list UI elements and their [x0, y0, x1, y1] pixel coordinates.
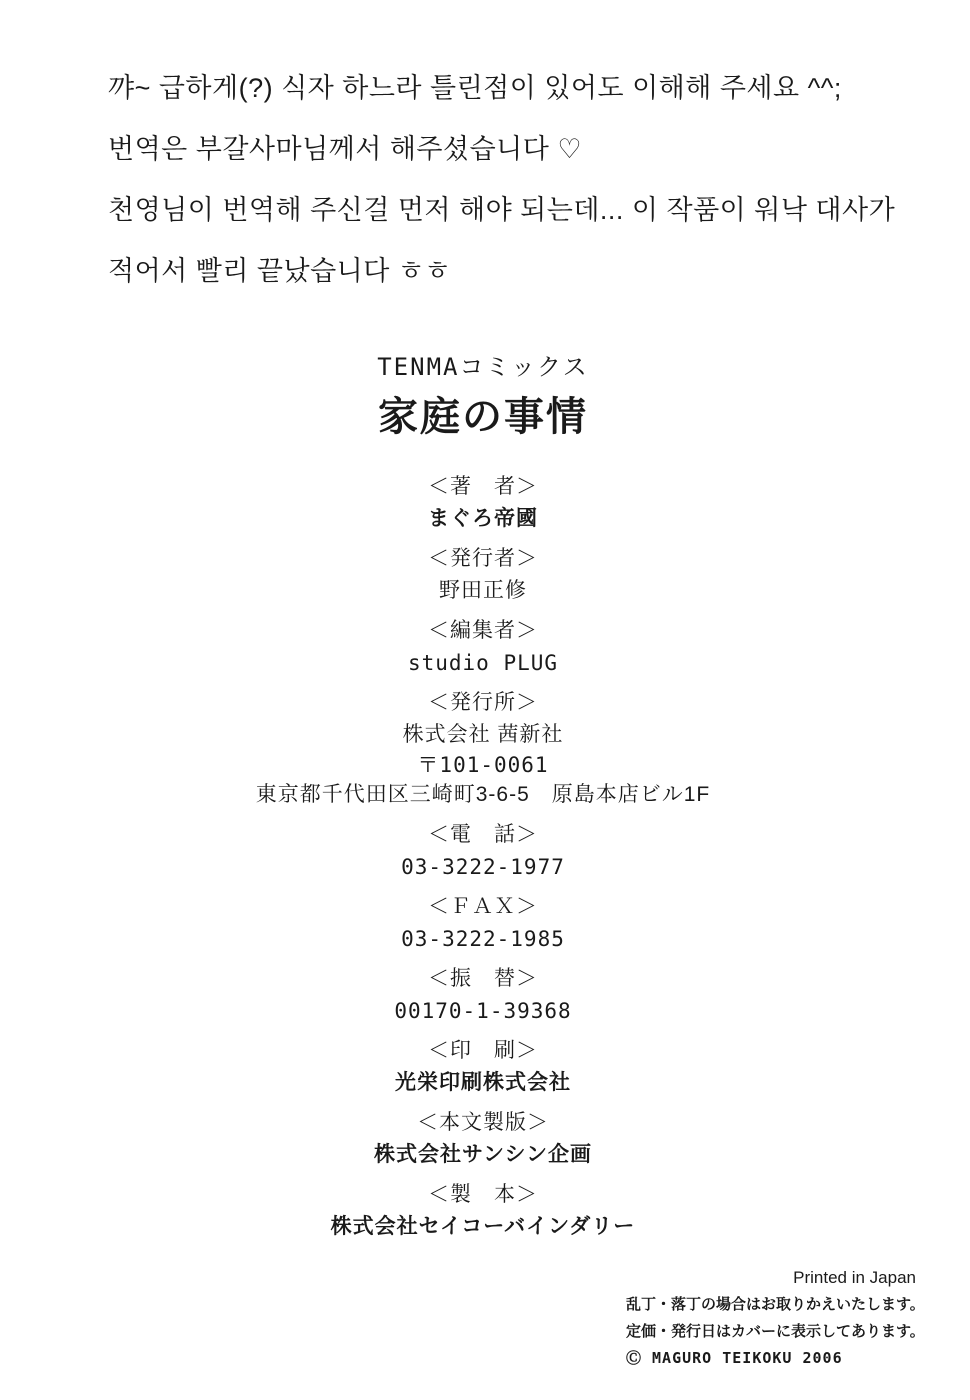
colophon-entry-publishing-office: ＜発行所＞ 株式会社 茜新社 〒101-0061 東京都千代田区三崎町3-6-5… [0, 686, 966, 810]
entry-value: 野田正修 [0, 576, 966, 606]
series-name: TENMAコミックス [0, 352, 966, 382]
colophon-entry-author: ＜著 者＞ まぐろ帝國 [0, 470, 966, 534]
entry-value: 株式会社 茜新社 [0, 720, 966, 750]
entry-label: ＜電 話＞ [0, 818, 966, 852]
imprint-note: 乱丁・落丁の場合はお取りかえいたします。 [626, 1291, 926, 1318]
translator-note-line: 적어서 빨리 끝났습니다 ㅎㅎ [108, 241, 948, 302]
book-title: 家庭の事情 [0, 395, 966, 439]
entry-label: ＜振 替＞ [0, 962, 966, 996]
colophon-page: 꺄~ 급하게(?) 식자 하느라 틀린점이 있어도 이해해 주세요 ^^; 번역… [0, 0, 970, 1400]
colophon-entry-binding: ＜製 本＞ 株式会社セイコーバインダリー [0, 1178, 966, 1242]
entry-label: ＜発行者＞ [0, 542, 966, 576]
entry-label: ＜編集者＞ [0, 614, 966, 648]
translator-note-line: 꺄~ 급하게(?) 식자 하느라 틀린점이 있어도 이해해 주세요 ^^; [108, 58, 948, 119]
colophon-entry-telephone: ＜電 話＞ 03-3222-1977 [0, 818, 966, 882]
entry-label: ＜製 本＞ [0, 1178, 966, 1212]
colophon-entry-fax: ＜ＦＡＸ＞ 03-3222-1985 [0, 890, 966, 954]
entry-label: ＜発行所＞ [0, 686, 966, 720]
entry-label: ＜本文製版＞ [0, 1106, 966, 1140]
entry-value-postal-code: 〒101-0061 [0, 750, 966, 780]
translator-note-line: 천영님이 번역해 주신걸 먼저 해야 되는데... 이 작품이 워낙 대사가 [108, 180, 948, 241]
colophon-entry-printing: ＜印 刷＞ 光栄印刷株式会社 [0, 1034, 966, 1098]
translator-note: 꺄~ 급하게(?) 식자 하느라 틀린점이 있어도 이해해 주세요 ^^; 번역… [108, 58, 948, 302]
entry-label: ＜ＦＡＸ＞ [0, 890, 966, 924]
colophon-entry-typesetting: ＜本文製版＞ 株式会社サンシン企画 [0, 1106, 966, 1170]
entry-value-phone-number: 03-3222-1977 [0, 852, 966, 882]
imprint-block: Printed in Japan 乱丁・落丁の場合はお取りかえいたします。 定価… [626, 1264, 926, 1372]
colophon-block: TENMAコミックス 家庭の事情 ＜著 者＞ まぐろ帝國 ＜発行者＞ 野田正修 … [0, 352, 966, 1250]
entry-value-transfer-number: 00170-1-39368 [0, 996, 966, 1026]
colophon-entry-postal-transfer: ＜振 替＞ 00170-1-39368 [0, 962, 966, 1026]
colophon-entry-editor: ＜編集者＞ studio PLUG [0, 614, 966, 678]
printed-in-japan: Printed in Japan [626, 1264, 926, 1291]
entry-label: ＜印 刷＞ [0, 1034, 966, 1068]
imprint-note: 定価・発行日はカバーに表示してあります。 [626, 1318, 926, 1345]
entry-value: 株式会社セイコーバインダリー [0, 1212, 966, 1242]
entry-value: 株式会社サンシン企画 [0, 1140, 966, 1170]
translator-note-line: 번역은 부갈사마님께서 해주셨습니다 ♡ [108, 119, 948, 180]
entry-value-fax-number: 03-3222-1985 [0, 924, 966, 954]
entry-label: ＜著 者＞ [0, 470, 966, 504]
copyright-line: Ⓒ MAGURO TEIKOKU 2006 [626, 1345, 926, 1372]
entry-value-address: 東京都千代田区三崎町3-6-5 原島本店ビル1F [0, 780, 966, 810]
colophon-entry-publisher-person: ＜発行者＞ 野田正修 [0, 542, 966, 606]
entry-value: 光栄印刷株式会社 [0, 1068, 966, 1098]
entry-value: まぐろ帝國 [0, 504, 966, 534]
entry-value: studio PLUG [0, 648, 966, 678]
